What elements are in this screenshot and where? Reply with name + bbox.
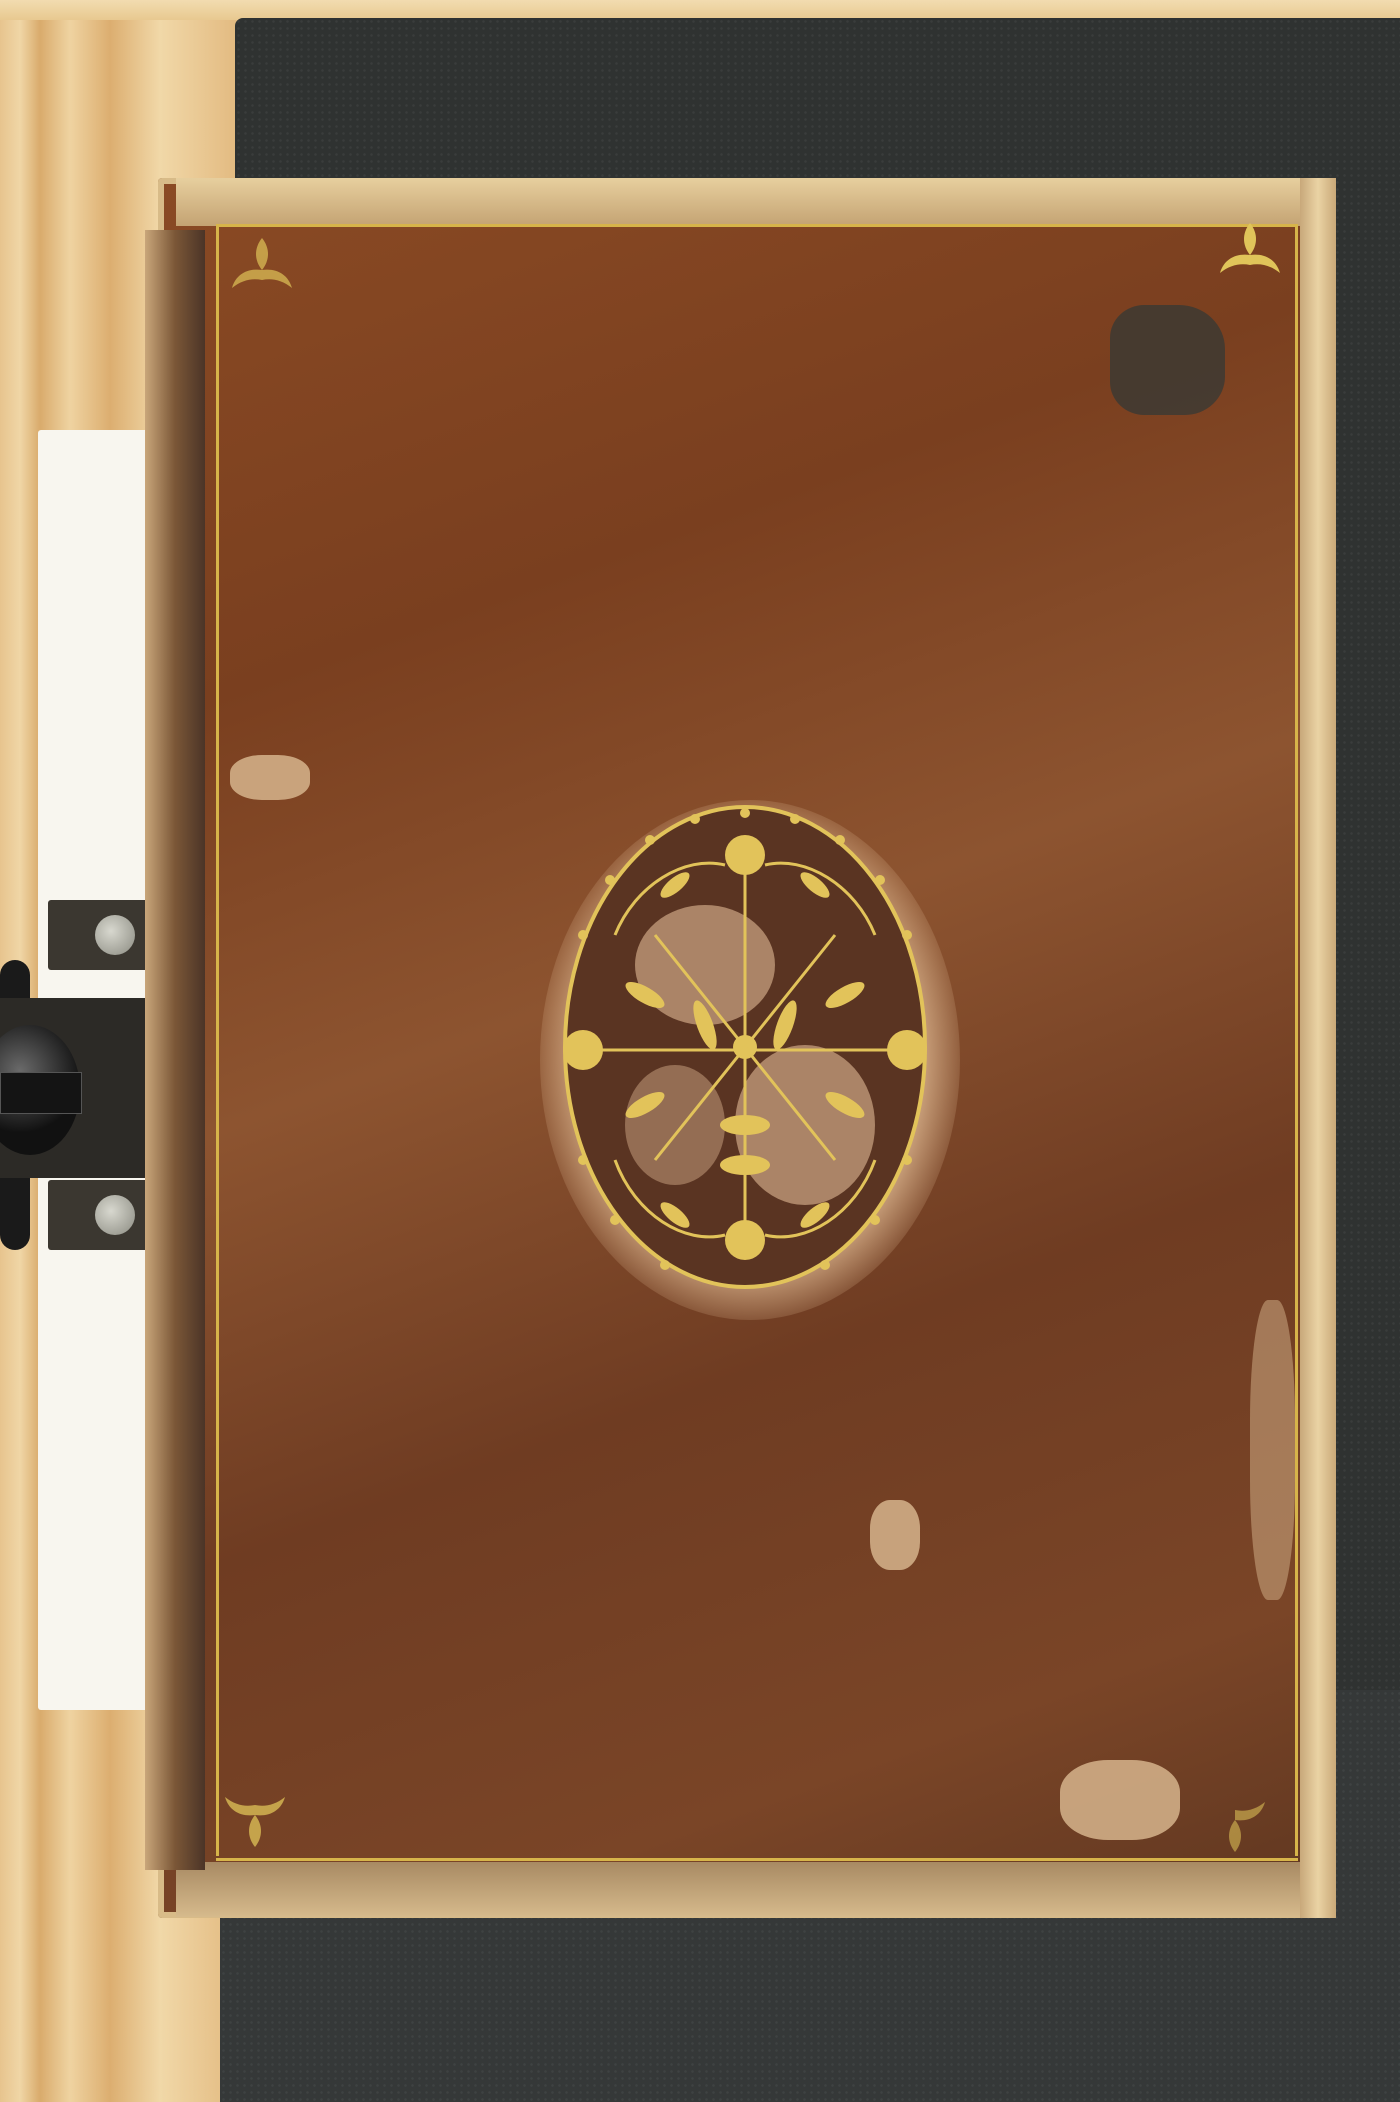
wooden-table-edge <box>0 0 1400 20</box>
worn-patch <box>230 755 310 800</box>
book-spine <box>145 230 205 1870</box>
screw-icon <box>95 1195 135 1235</box>
fleur-de-lis-icon <box>222 230 302 310</box>
worn-patch <box>870 1500 920 1570</box>
fleur-de-lis-icon <box>215 1775 295 1855</box>
screw-icon <box>95 915 135 955</box>
clamp-scale <box>0 1072 82 1114</box>
gold-fillet-bottom <box>216 1858 1298 1861</box>
worn-patch <box>1250 1300 1295 1600</box>
fleur-de-lis-icon <box>1210 215 1290 295</box>
gold-fillet-right <box>1295 226 1298 1856</box>
dark-stain <box>1110 305 1225 415</box>
book-right-edge <box>1300 178 1336 1918</box>
fleur-de-lis-icon <box>1195 1780 1275 1860</box>
gold-fillet-top <box>216 224 1298 227</box>
worn-patch <box>1060 1760 1180 1840</box>
book-bottom-edge <box>176 1862 1326 1917</box>
book-top-edge <box>176 178 1336 226</box>
gold-fillet-left <box>216 226 219 1856</box>
gilt-oval-medallion <box>555 795 935 1300</box>
